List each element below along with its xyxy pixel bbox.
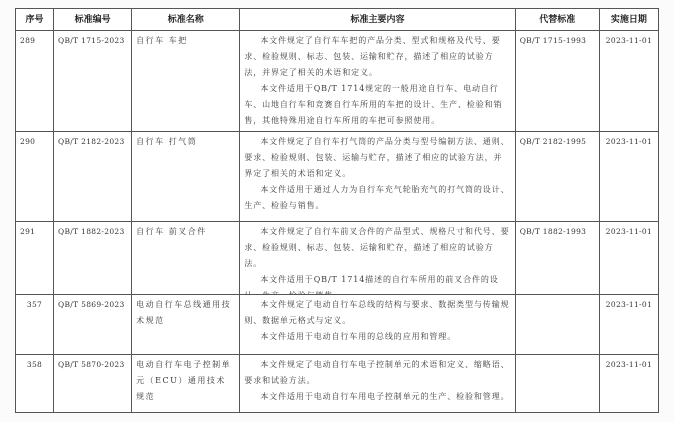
cell-content: 本文件规定了电动自行车电子控制单元的术语和定义、缩略语、要求和试验方法。 本文件…: [240, 355, 515, 413]
table-row: 290 QB/T 2182-2023 自行车 打气筒 本文件规定了自行车打气筒的…: [16, 132, 659, 222]
table-row: 289 QB/T 1715-2023 自行车 车把 本文件规定了自行车车把的产品…: [16, 31, 659, 132]
cell-content: 本文件规定了自行车打气筒的产品分类与型号编制方法、通则、要求、检验规则、包装、运…: [240, 132, 515, 222]
cell-name: 自行车 车把: [132, 31, 240, 132]
cell-code: QB/T 1715-2023: [54, 31, 132, 132]
content-paragraph: 本文件规定了自行车打气筒的产品分类与型号编制方法、通则、要求、检验规则、包装、运…: [244, 134, 510, 182]
cell-name: 电动自行车总线通用技术规范: [132, 295, 240, 355]
cell-replaces: QB/T 1715-1993: [515, 31, 599, 132]
header-code: 标准编号: [54, 9, 132, 31]
cell-replaces: [515, 295, 599, 355]
content-paragraph: 本文件适用于通过人力为自行车充气轮胎充气的打气筒的设计、生产、检验与销售。: [244, 182, 510, 214]
cell-date: 2023-11-01: [599, 355, 658, 413]
cell-date: 2023-11-01: [599, 132, 658, 222]
header-replaces: 代替标准: [515, 9, 599, 31]
content-paragraph: 本文件规定了电动自行车总线的结构与要求、数据类型与传输规则、数据单元格式与定义。: [244, 297, 510, 329]
cell-code: QB/T 5870-2023: [54, 355, 132, 413]
content-paragraph: 本文件适用于电动自行车用的总线的应用和管理。: [244, 329, 510, 345]
header-content: 标准主要内容: [240, 9, 515, 31]
cell-date: 2023-11-01: [599, 31, 658, 132]
header-date: 实施日期: [599, 9, 658, 31]
content-paragraph: 本文件规定了自行车前叉合件的产品型式、规格尺寸和代号、要求、检验规则、标志、包装…: [244, 224, 510, 272]
cell-replaces: [515, 355, 599, 413]
cell-date: 2023-11-01: [599, 295, 658, 355]
table-row: 358 QB/T 5870-2023 电动自行车电子控制单元（ECU）通用技术规…: [16, 355, 659, 413]
cell-name: 电动自行车电子控制单元（ECU）通用技术规范: [132, 355, 240, 413]
document-page: 序号 标准编号 标准名称 标准主要内容 代替标准 实施日期 289 QB/T 1…: [0, 0, 674, 422]
cell-name: 自行车 打气筒: [132, 132, 240, 222]
cell-code: QB/T 2182-2023: [54, 132, 132, 222]
content-paragraph: 本文件适用于QB/T 1714规定的一般用途自行车、电动自行车、山地自行车和竞赛…: [244, 81, 510, 129]
table-header-row: 序号 标准编号 标准名称 标准主要内容 代替标准 实施日期: [16, 9, 659, 31]
table-row: 357 QB/T 5869-2023 电动自行车总线通用技术规范 本文件规定了电…: [16, 295, 659, 355]
cell-no: 357: [16, 295, 54, 355]
cell-code: QB/T 5869-2023: [54, 295, 132, 355]
content-paragraph: 本文件规定了电动自行车电子控制单元的术语和定义、缩略语、要求和试验方法。: [244, 357, 510, 389]
cell-content: 本文件规定了自行车车把的产品分类、型式和规格及代号、要求、检验规则、标志、包装、…: [240, 31, 515, 132]
content-paragraph: 本文件适用于电动自行车用电子控制单元的生产、检验和管理。: [244, 389, 510, 405]
content-paragraph: 本文件规定了自行车车把的产品分类、型式和规格及代号、要求、检验规则、标志、包装、…: [244, 33, 510, 81]
header-no: 序号: [16, 9, 54, 31]
header-name: 标准名称: [132, 9, 240, 31]
cell-no: 358: [16, 355, 54, 413]
cell-replaces: QB/T 2182-1995: [515, 132, 599, 222]
standards-table-bottom: 357 QB/T 5869-2023 电动自行车总线通用技术规范 本文件规定了电…: [15, 294, 659, 413]
cell-no: 289: [16, 31, 54, 132]
standards-table-top: 序号 标准编号 标准名称 标准主要内容 代替标准 实施日期 289 QB/T 1…: [15, 8, 659, 307]
cell-no: 290: [16, 132, 54, 222]
cell-content: 本文件规定了电动自行车总线的结构与要求、数据类型与传输规则、数据单元格式与定义。…: [240, 295, 515, 355]
